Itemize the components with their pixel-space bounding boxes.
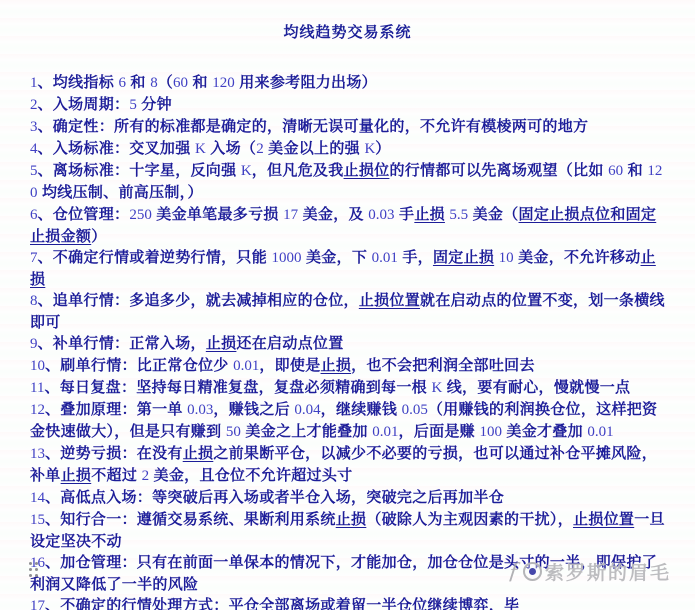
rule-text: 和 (623, 162, 647, 179)
rule-underlined-text: 止损位置 (573, 511, 634, 528)
rules-list: 1、均线指标 6 和 8（60 和 120 用来参考阻力出场）2、入场周期：5 … (30, 72, 669, 610)
rule-text: 、高低点入场：等突破后再入场或者半仓入场，突破完之后再加半仓 (45, 489, 504, 506)
rule-item-13: 13、逆势亏损：在没有止损之前果断平仓，以减少不必要的亏损，也可以通过补仓平摊风… (30, 443, 669, 487)
rule-text: 、加仓管理：只有在前面一单保本的情况下，才能加仓，加仓仓位是头寸的一半，即保护了… (30, 554, 657, 593)
rule-text: 4 (30, 141, 38, 157)
rule-underlined-text: 止损位 (344, 162, 390, 179)
rule-text: 、均线指标 (38, 74, 119, 91)
rule-text: 和 (188, 74, 212, 91)
rule-text: 还在启动点位置 (236, 335, 343, 352)
rule-item-10: 10、刷单行情：比正常仓位少 0.01，即使是止损，也不会把利润全部吐回去 (30, 355, 669, 377)
rule-text: （ (158, 74, 173, 91)
rule-underlined-text: 止损 (183, 445, 214, 462)
rule-underlined-text: 固定止损 (433, 249, 494, 266)
rule-text: 60 (608, 163, 623, 179)
rule-text: 5.5 (449, 207, 468, 223)
rule-underlined-text: 止损 (206, 335, 237, 352)
rule-text: 、刷单行情：比正常仓位少 (45, 357, 233, 374)
rule-text: 120 (212, 75, 235, 91)
rule-text: 250 (129, 207, 152, 223)
rule-text: 均线压制、前高压制，） (38, 184, 203, 201)
rule-text: 0.01 (372, 250, 398, 266)
rule-text: 6 (30, 207, 38, 223)
rule-text: 8 (30, 293, 38, 309)
rule-text: 50 (226, 424, 241, 440)
rule-text: 分钟 (137, 96, 172, 113)
rule-text: 6 (118, 75, 126, 91)
rule-underlined-text: 止损 (336, 511, 367, 528)
rule-text: 、不确定行情或着逆势行情，只能 (38, 249, 272, 266)
rule-text: 2 (30, 97, 38, 113)
rule-text: 3 (30, 119, 38, 135)
rule-item-14: 14、高低点入场：等突破后再入场或者半仓入场，突破完之后再加半仓 (30, 487, 669, 509)
rule-text: 、知行合一：遵循交易系统、果断利用系统 (45, 511, 336, 528)
rule-text: 美金单笔最多亏损 (152, 206, 283, 223)
rule-text: 17 (30, 598, 45, 610)
rule-text: 12 (30, 402, 45, 418)
rule-text: ，继续赚钱 (321, 401, 402, 418)
rule-text: K (431, 380, 442, 396)
rule-text: 9 (30, 336, 38, 352)
rule-item-12: 12、叠加原理：第一单 0.03，赚钱之后 0.04，继续赚钱 0.05（用赚钱… (30, 399, 669, 443)
rule-text: 0.01 (233, 358, 259, 374)
rule-text: 、叠加原理：第一单 (45, 401, 187, 418)
rule-text: 美金，下 (301, 249, 371, 266)
rule-text: 60 (173, 75, 188, 91)
rule-text: ，即使是 (259, 357, 320, 374)
rule-text: 0.04 (294, 402, 320, 418)
rule-text: K (364, 141, 375, 157)
rule-text: ，也不会把利润全部吐回去 (351, 357, 535, 374)
document-page: 均线趋势交易系统 1、均线指标 6 和 8（60 和 120 用来参考阻力出场）… (0, 0, 695, 610)
rule-item-11: 11、每日复盘：坚持每日精准复盘，复盘必须精确到每一根 K 线，要有耐心，慢就慢… (30, 377, 669, 399)
rule-text: ） (375, 140, 390, 157)
rule-text: （破除人为主观因素的干扰）， (366, 511, 573, 528)
rule-text: 100 (479, 424, 502, 440)
rule-text: 10 (30, 358, 45, 374)
rule-text: 美金才叠加 (502, 423, 587, 440)
rule-text: 13 (30, 446, 45, 462)
rule-text: 10 (499, 250, 514, 266)
rule-item-15: 15、知行合一：遵循交易系统、果断利用系统止损（破除人为主观因素的干扰），止损位… (30, 509, 669, 552)
rule-text: 美金，且仓位不允许超过头寸 (149, 467, 352, 484)
rule-text: 的行情都可以先离场观望（比如 (389, 162, 608, 179)
rule-text: 、确定性：所有的标准都是确定的，清晰无误可量化的，不允许有模棱两可的地方 (38, 118, 589, 135)
rule-text: 17 (283, 207, 298, 223)
rule-item-4: 4、入场标准：交叉加强 K 入场（2 美金以上的强 K） (30, 138, 669, 160)
rule-text: 0.03 (187, 402, 213, 418)
rule-text: ） (91, 228, 106, 245)
rule-underlined-text: 止损 (414, 206, 445, 223)
rule-item-1: 1、均线指标 6 和 8（60 和 120 用来参考阻力出场） (30, 72, 669, 94)
rule-text: 、补单行情：正常入场， (38, 335, 206, 352)
rule-underlined-text: 止损 (61, 467, 92, 484)
rule-text: 美金，及 (298, 206, 368, 223)
rule-text: K (241, 163, 252, 179)
rule-text: 、不确定的行情处理方式：平仓全部离场或着留一半仓位继续博弈，毕 (45, 597, 519, 610)
rule-text: 1 (30, 75, 38, 91)
rule-text: 2 (256, 141, 264, 157)
rule-text: 1000 (271, 250, 301, 266)
rule-text: 5 (30, 163, 38, 179)
rule-text: 15 (30, 512, 45, 528)
rule-text: 2 (142, 468, 150, 484)
rule-item-3: 3、确定性：所有的标准都是确定的，清晰无误可量化的，不允许有模棱两可的地方 (30, 116, 669, 138)
rule-text: 、逆势亏损：在没有 (45, 445, 183, 462)
rule-text: ，后面是赚 (398, 423, 479, 440)
rule-text: 和 (126, 74, 150, 91)
rule-text: 入场（ (206, 140, 256, 157)
rule-text: 11 (30, 380, 44, 396)
rule-item-6: 6、仓位管理：250 美金单笔最多亏损 17 美金，及 0.03 手止损 5.5… (30, 204, 669, 247)
rule-text: 5 (129, 97, 137, 113)
rule-underlined-text: 止损位置 (359, 292, 420, 309)
rule-text: 线，要有耐心，慢就慢一点 (442, 379, 630, 396)
rule-text: 0.01 (587, 424, 613, 440)
rule-item-8: 8、追单行情：多追多少，就去减掉相应的仓位，止损位置就在启动点的位置不变，划一条… (30, 290, 669, 333)
rule-text: 14 (30, 490, 45, 506)
rule-text: 0.03 (368, 207, 394, 223)
rule-text: 7 (30, 250, 38, 266)
rule-text: 、离场标准：十字星，反向强 (38, 162, 241, 179)
rule-underlined-text: 止损 (321, 357, 352, 374)
rule-item-9: 9、补单行情：正常入场，止损还在启动点位置 (30, 333, 669, 355)
rule-text: 手 (395, 206, 415, 223)
rule-text: ，但凡危及我 (252, 162, 344, 179)
rule-text: 手， (398, 249, 433, 266)
rule-text: 、入场标准：交叉加强 (38, 140, 195, 157)
rule-text: 美金，不允许移动 (514, 249, 641, 266)
rule-text: 、入场周期： (38, 96, 130, 113)
rule-text: 、每日复盘：坚持每日精准复盘，复盘必须精确到每一根 (44, 379, 431, 396)
rule-text: ，赚钱之后 (213, 401, 294, 418)
rule-item-16: 16、加仓管理：只有在前面一单保本的情况下，才能加仓，加仓仓位是头寸的一半，即保… (30, 552, 669, 595)
rule-text: 美金（ (468, 206, 518, 223)
rule-text: 、仓位管理： (38, 206, 130, 223)
rule-item-7: 7、不确定行情或着逆势行情，只能 1000 美金，下 0.01 手，固定止损 1… (30, 247, 669, 290)
rule-text: 8 (150, 75, 158, 91)
rule-text: 0.05 (402, 402, 428, 418)
rule-text: 用来参考阻力出场） (235, 74, 377, 91)
page-title: 均线趋势交易系统 (0, 0, 695, 42)
rule-item-2: 2、入场周期：5 分钟 (30, 94, 669, 116)
rule-text: 、追单行情：多追多少，就去减掉相应的仓位， (38, 292, 359, 309)
rule-item-5: 5、离场标准：十字星，反向强 K，但凡危及我止损位的行情都可以先离场观望（比如 … (30, 160, 669, 204)
rule-item-17: 17、不确定的行情处理方式：平仓全部离场或着留一半仓位继续博弈，毕 (30, 595, 669, 610)
rule-text: 0.01 (372, 424, 398, 440)
rule-text: 不超过 (91, 467, 141, 484)
rule-text: 美金以上的强 (264, 140, 365, 157)
rule-text: K (195, 141, 206, 157)
rule-text: 美金之上才能叠加 (241, 423, 372, 440)
drag-handle-icon[interactable] (28, 562, 39, 577)
